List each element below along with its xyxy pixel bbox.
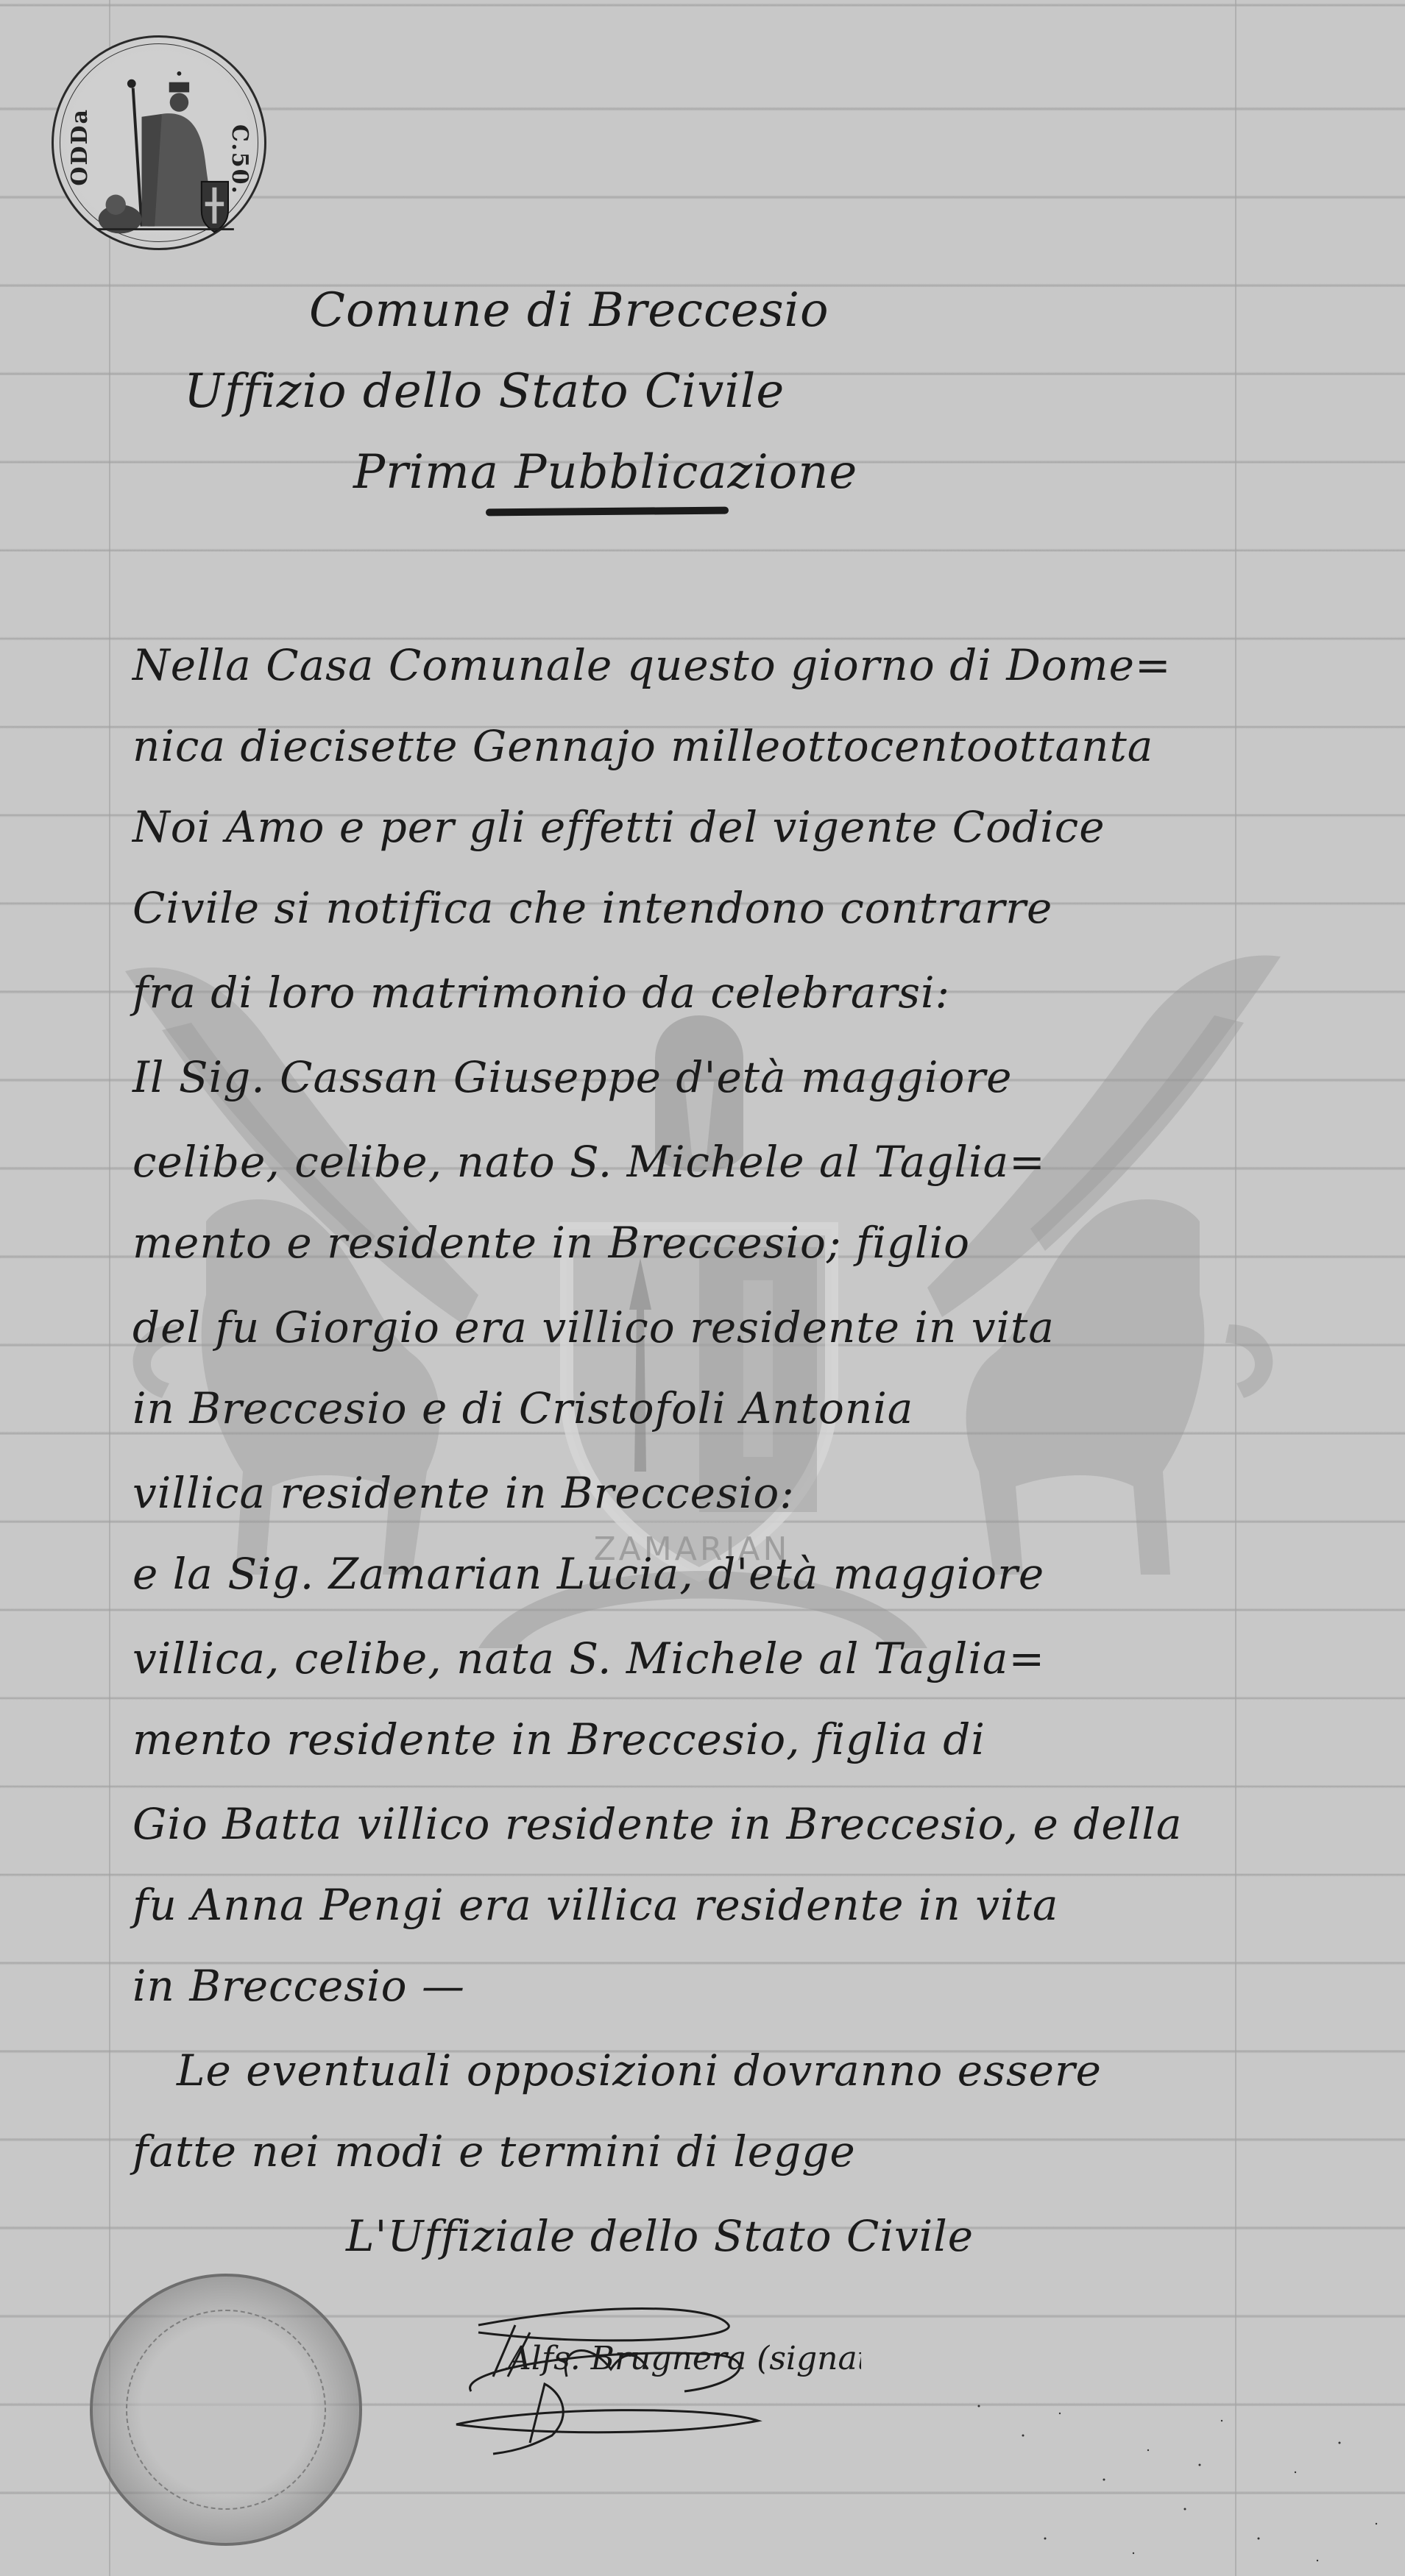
body-line-19: fatte nei modi e termini di legge <box>132 2126 856 2176</box>
body-line-1: Nella Casa Comunale questo giorno di Dom… <box>132 640 1172 690</box>
municipal-ink-seal <box>90 2274 362 2546</box>
body-line-17: in Breccesio — <box>132 1961 465 2011</box>
body-line-5: fra di loro matrimonio da celebrarsi: <box>132 968 950 1018</box>
body-line-16: fu Anna Pengi era villica residente in v… <box>132 1880 1058 1930</box>
body-line-4: Civile si notifica che intendono contrar… <box>132 883 1052 933</box>
body-line-13: villica, celibe, nata S. Michele al Tagl… <box>132 1633 1045 1683</box>
body-line-7: celibe, celibe, nato S. Michele al Tagli… <box>132 1137 1046 1187</box>
body-line-8: mento e residente in Breccesio; figlio <box>132 1218 970 1268</box>
body-line-11: villica residente in Breccesio: <box>132 1468 795 1518</box>
stamp-left-text: ODDa <box>67 108 93 186</box>
header-ufficio: Uffizio dello Stato Civile <box>184 364 785 419</box>
header-underline <box>486 507 729 517</box>
body-line-12: e la Sig. Zamarian Lucia, d'età maggiore <box>132 1549 1044 1599</box>
body-line-6: Il Sig. Cassan Giuseppe d'età maggiore <box>132 1052 1012 1102</box>
official-signature: Alfs. Brugnera (signature with flourish) <box>449 2296 861 2458</box>
body-line-3: Noi Amo e per gli effetti del vigente Co… <box>132 802 1105 852</box>
stamp-value-text: C.50. <box>227 124 252 195</box>
header-comune: Comune di Breccesio <box>309 283 829 338</box>
body-line-15: Gio Batta villico residente in Breccesio… <box>132 1799 1182 1849</box>
signature-text: Alfs. Brugnera (signature with flourish) <box>505 2340 861 2377</box>
body-line-18: Le eventuali opposizioni dovranno essere <box>177 2045 1102 2096</box>
closing-title: L'Uffiziale dello Stato Civile <box>346 2211 974 2261</box>
paper-speckles <box>957 2391 1398 2575</box>
body-line-9: del fu Giorgio era villico residente in … <box>132 1302 1055 1352</box>
seal-inner-ring <box>126 2310 326 2510</box>
header-prima-pubblicazione: Prima Pubblicazione <box>353 445 857 500</box>
body-line-10: in Breccesio e di Cristofoli Antonia <box>132 1383 913 1433</box>
revenue-stamp: ODDa C.50. <box>52 35 266 250</box>
document-page: ZAMARIAN ODDa C.50. Comune di Brecc <box>0 0 1405 2576</box>
body-line-2: nica diecisette Gennajo milleottocentoot… <box>132 721 1153 771</box>
body-line-14: mento residente in Breccesio, figlia di <box>132 1714 985 1764</box>
